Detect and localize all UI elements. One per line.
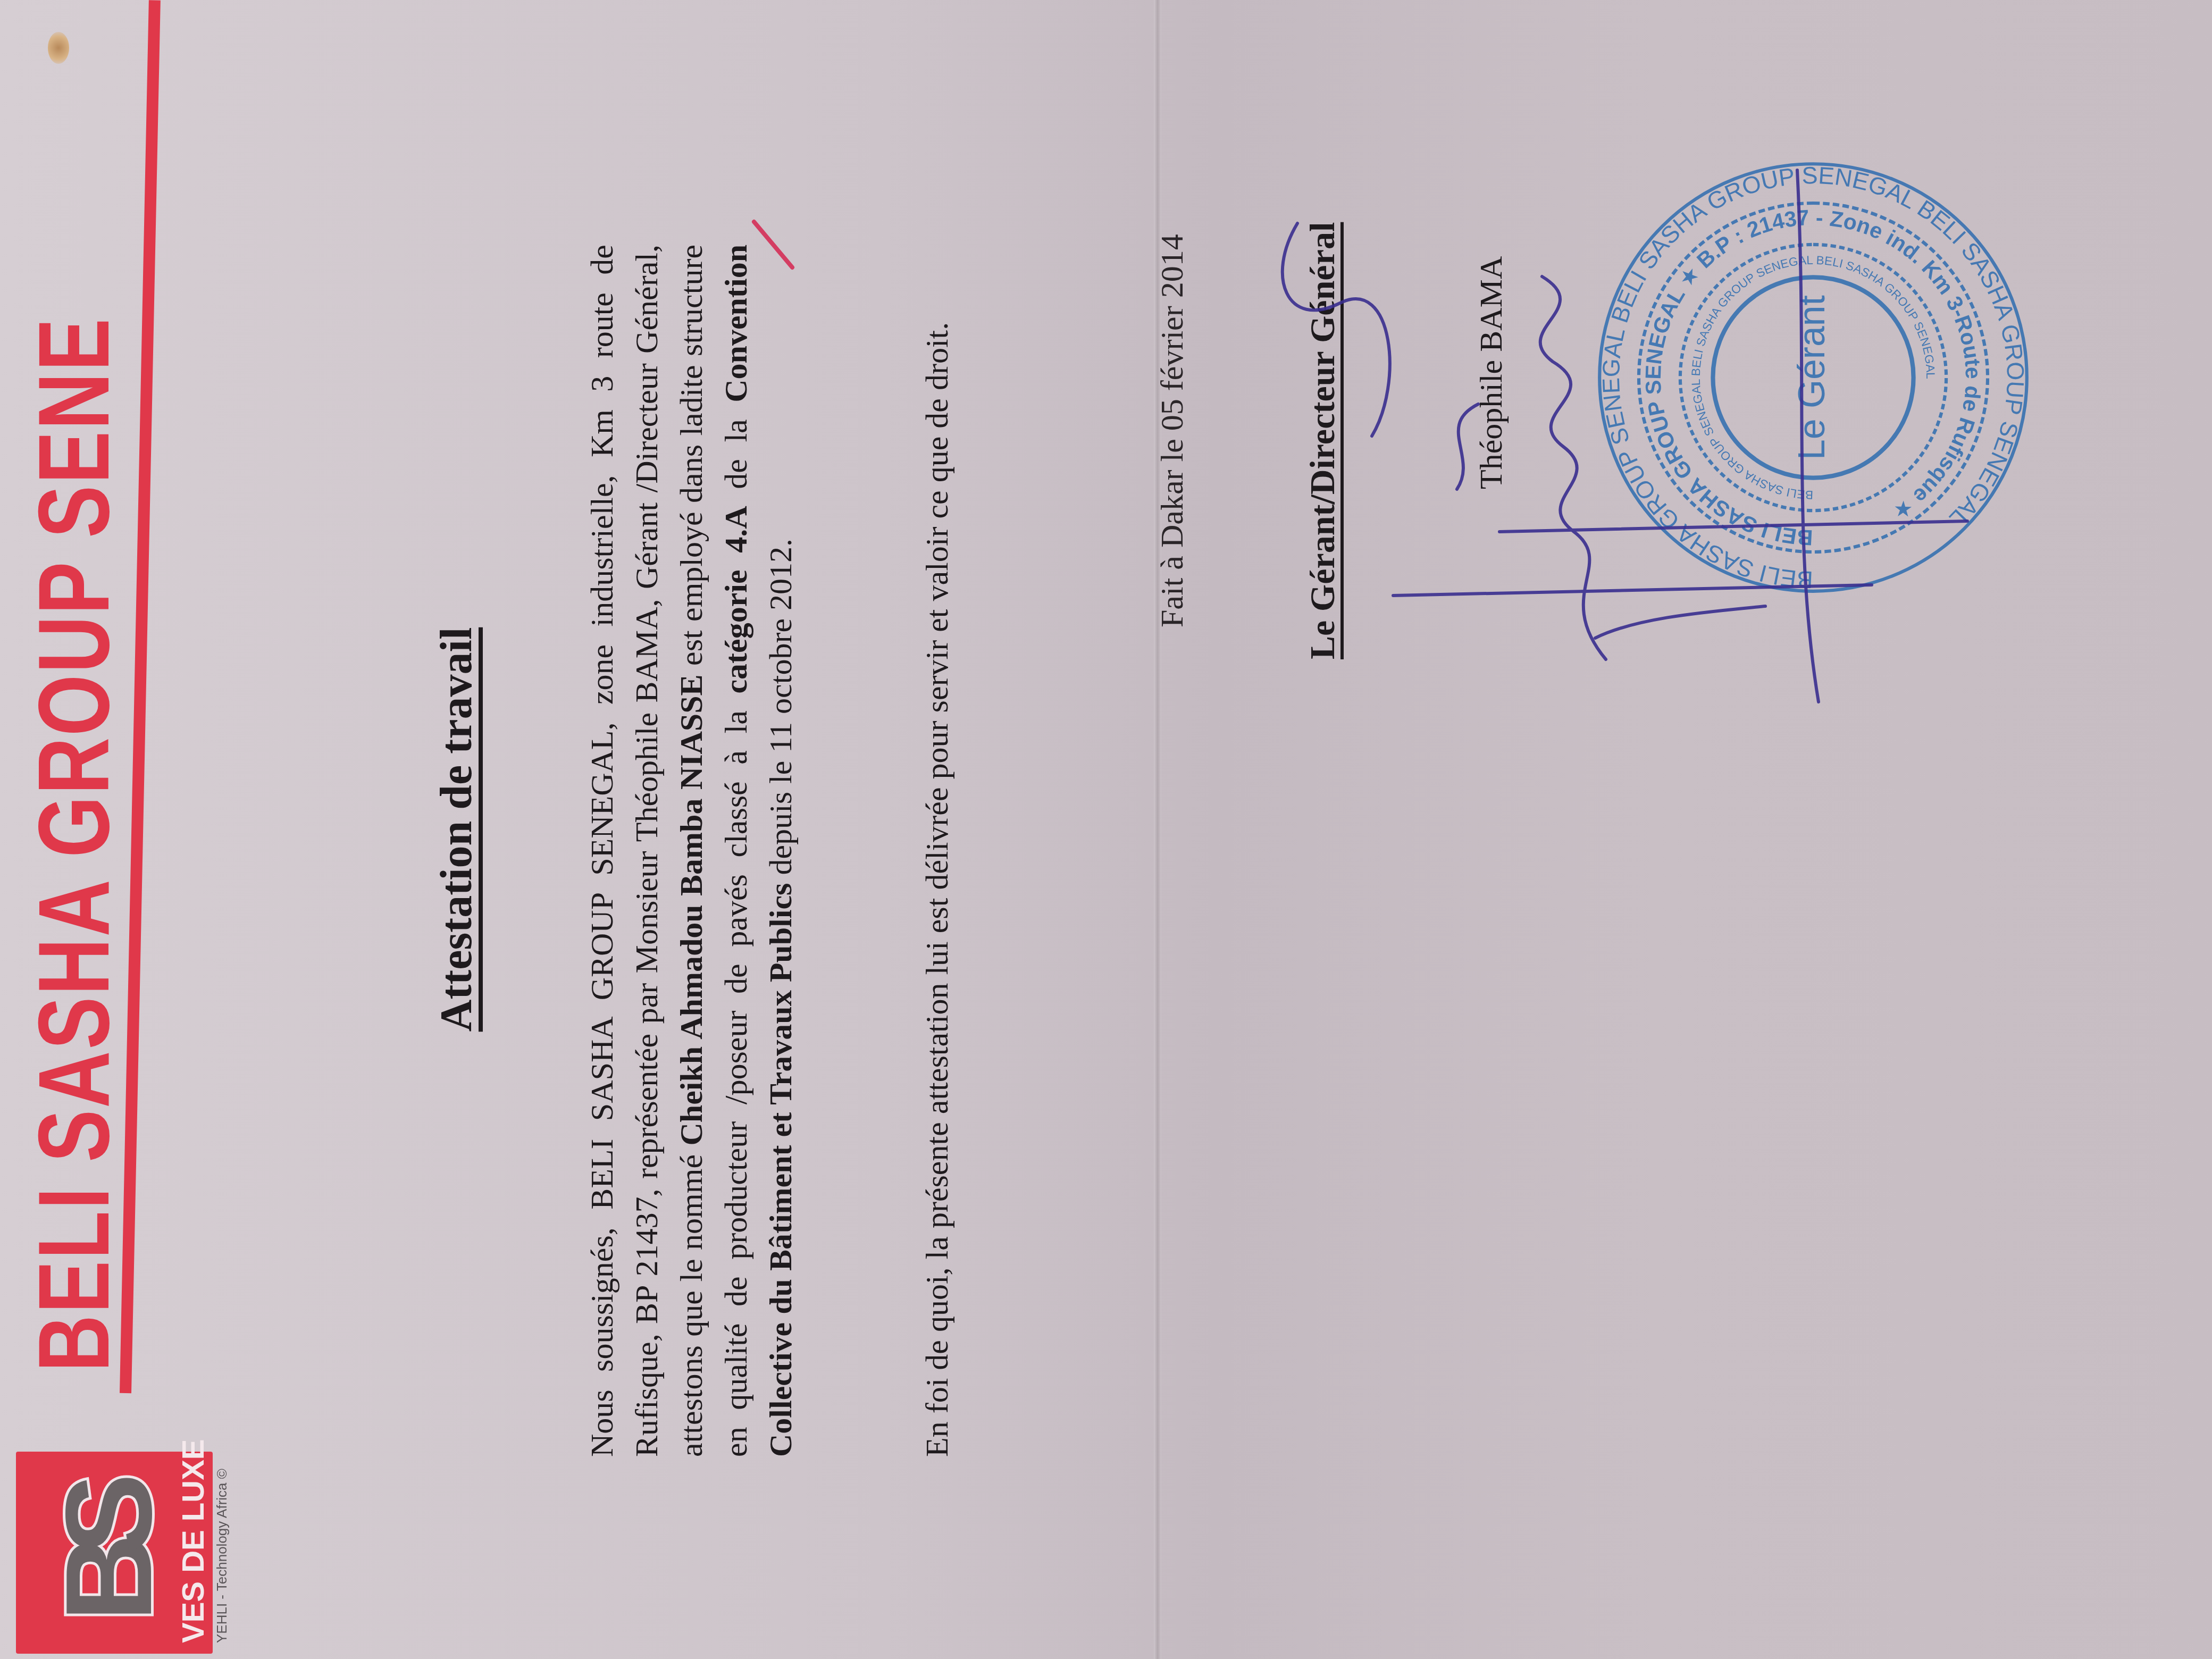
- handwritten-signature: [1234, 64, 1978, 861]
- logo-credit: YEHLI - Technology Africa ©: [214, 1469, 230, 1643]
- attestation-page: BS VES DE LUXE YEHLI - Technology Africa…: [0, 0, 2212, 1659]
- logo-tagline: VES DE LUXE: [175, 1439, 211, 1643]
- paragraph-text: depuis le 11 octobre 2012.: [763, 539, 798, 883]
- logo-letters: BS: [48, 1494, 170, 1622]
- employee-category: catégorie 4.A: [718, 506, 753, 693]
- document-photo: BS VES DE LUXE YEHLI - Technology Africa…: [0, 0, 2212, 1659]
- company-logo: BS VES DE LUXE: [16, 1452, 213, 1654]
- document-title: Attestation de travail: [431, 0, 482, 1659]
- paragraph-text: de la: [718, 403, 753, 506]
- signature-scribble-icon: [1234, 64, 1978, 861]
- letterhead-brand-name: BELI SASHA GROUP SENE: [16, 317, 132, 1372]
- place-and-date: Fait à Dakar le 05 février 2014: [1154, 234, 1191, 627]
- paper-stain: [48, 32, 69, 64]
- closing-paragraph: En foi de quoi, la présente attestation …: [915, 245, 959, 1457]
- attestation-paragraph: Nous soussignés, BELI SASHA GROUP SENEGA…: [580, 245, 803, 1457]
- employee-name: Cheikh Ahmadou Bamba NIASSE: [674, 674, 709, 1145]
